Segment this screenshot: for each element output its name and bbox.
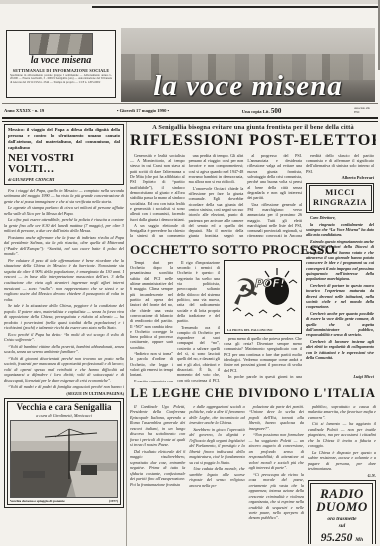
harbor-photo — [10, 420, 118, 498]
paragraph: Dal risultato elettorale del 6 maggio ri… — [130, 449, 185, 487]
senigallia-box-inner: Vecchia e cara Senigallia a cura di Giro… — [7, 401, 121, 505]
paragraph: polazione da parte dei partiti. “Unione … — [249, 404, 304, 431]
occhetto-columns: Tempi duri per Occhetto dopo la pesantis… — [130, 260, 302, 382]
radio-name: RADIO DUOMO — [312, 487, 371, 514]
paragraph: Il Cardinale Ugo Poletti, Presidente del… — [130, 404, 185, 448]
newspaper-front-page: la voce misena SETTIMANALE DI INFORMAZIO… — [0, 0, 380, 546]
radio-name-line2: DUOMO — [312, 500, 371, 514]
paragraph: Cercherò anche per quanto possibile di e… — [306, 311, 374, 338]
paragraph: Ciò si lamenta — ha aggiunto il cardinal… — [308, 421, 376, 448]
micci-letter: Caro Direttore,la ringrazio cordialmente… — [306, 215, 374, 373]
radio-frequency: 95.250 Mh — [312, 531, 371, 544]
price: Una copia Lit. 500 — [242, 107, 282, 115]
paragraph: Cercherò di portare in questo nuovo inca… — [306, 283, 374, 310]
main-subhead: A Senigallia bisogna evitare una giunta … — [130, 124, 376, 131]
riflessioni-signature: Alberto Polverari — [306, 175, 374, 181]
paragraph: L'onorevole Orciari chiede la riflession… — [189, 186, 244, 239]
main-area: A Senigallia bisogna evitare una giunta … — [130, 124, 376, 544]
radio-duomo-box: RADIO DUOMO ora trasmette sul 95.250 Mh — [308, 480, 376, 544]
balloon-pop-cartoon: ☭ POF! — [225, 261, 299, 323]
price-label: Una copia Lit. — [242, 109, 270, 114]
radio-tagline-line2: sul — [312, 523, 371, 529]
radio-frequency-value: 95.250 — [321, 532, 353, 544]
occhetto-under-cartoon: pena meno di quello che poteva perdere. … — [224, 336, 302, 380]
paragraph: Estendo questo ringraziamento anche a tu… — [306, 239, 374, 282]
paragraph: Fra i viaggi del Papa, quello in Messico… — [4, 188, 124, 205]
paragraph: In poche parole in questi giorni in una … — [224, 374, 302, 380]
masthead-box-subtitle: SETTIMANALE DI INFORMAZIONE SOCIALE — [10, 68, 112, 73]
issue-number: Anno XXXIX - n. 19 — [4, 108, 44, 113]
paragraph: pubblico, soprattutto a causa di malavit… — [308, 404, 376, 420]
price-value: 500 — [271, 107, 282, 115]
lead-article-header-box: Messico: il viaggio del Papa a difesa de… — [4, 124, 124, 185]
leghe-columns: Il Cardinale Ugo Poletti, Presidente del… — [130, 404, 376, 544]
scan-artifact-line — [92, 6, 380, 8]
paragraph: La Chiesa è disposta per questo a subire… — [308, 450, 376, 472]
column-rule — [126, 122, 127, 546]
photo-year: (1977) — [109, 499, 118, 503]
paragraph: Una riflessione generale al PSI marchigi… — [247, 202, 302, 239]
micci-box-title: MICCI RINGRAZIA — [309, 185, 372, 211]
paragraph: Per valutare il peso di tale affermazion… — [4, 258, 124, 302]
main-content-row: Generosità e lealtà socialista — A Monte… — [130, 153, 376, 382]
association-note: Associato alla FISC — [354, 107, 376, 114]
paragraph: “Volti di bambini vittime della povertà,… — [4, 344, 124, 355]
lead-article-kicker: Messico: il viaggio del Papa a difesa de… — [8, 127, 120, 151]
occhetto-col1: Tempi duri per Occhetto dopo la pesantis… — [130, 260, 173, 382]
masthead-box: la voce misena SETTIMANALE DI INFORMAZIO… — [6, 30, 116, 98]
paragraph: Caro Direttore, — [306, 215, 374, 220]
issue-date: • Giovedì 17 maggio 1990 • — [117, 108, 169, 113]
paragraph: Sarebbero in gioco l'operosità del gover… — [189, 427, 244, 465]
leghe-col2: e dalle aggregazioni sociali a politiche… — [189, 404, 244, 544]
micci-signature: Luigi Micci — [306, 374, 374, 380]
paragraph: una perdita di tempo. Gli altri pensano … — [189, 153, 244, 185]
radio-name-line1: RADIO — [312, 487, 371, 501]
rule-double — [2, 117, 378, 119]
riflessioni-col3: al progresso del PSI. L'annunciata e des… — [247, 153, 302, 239]
paragraph: Il partito comunista con questo lutto si… — [130, 379, 173, 382]
editorial-cartoon: ☭ POF! — [224, 260, 302, 334]
harbor-crane — [11, 421, 118, 495]
lead-article-title: NEI VOSTRI VOLTI… — [8, 153, 120, 175]
paragraph: “Volti di giovani disorientati perché no… — [4, 356, 124, 384]
paragraph: Se tale è la situazione della Chiesa, pe… — [4, 303, 124, 331]
paragraph: Possiamo anche affermare che la frase di… — [4, 235, 124, 257]
paragraph: Le agenzie di stampa parlano di circa se… — [4, 205, 124, 216]
masthead-box-title: la voce misena — [10, 56, 112, 67]
paragraph: La cifra può essere attendibile, perché … — [4, 217, 124, 234]
senigallia-box-title: Vecchia e cara Senigallia — [10, 403, 118, 412]
radio-duomo-inner: RADIO DUOMO ora trasmette sul 95.250 Mh — [310, 483, 373, 544]
radio-tagline: ora trasmette sul — [312, 516, 371, 529]
occhetto-signature: G.N. — [224, 381, 302, 382]
paragraph: Il rigo d'impostazione secondo i nemici … — [177, 260, 220, 324]
paragraph: Tremendo ora il compito di Occhetto per … — [177, 325, 220, 382]
occhetto-col2: Il rigo d'impostazione secondo i nemici … — [177, 260, 220, 382]
paragraph: A un saggio elettorale di Senigallia è p… — [130, 223, 185, 239]
masthead-fineprint: Spedizione in abbonamento postale gruppo… — [10, 74, 112, 86]
paragraph: Ecco perché il Papa ha detto: “In molti … — [4, 332, 124, 343]
masthead-etching-image — [29, 33, 93, 55]
newspaper-title: la voce misena — [121, 72, 375, 101]
micci-title-line2: RINGRAZIA — [310, 198, 371, 208]
leghe-headline: LE LEGHE CHE DIVIDONO L'ITALIA — [130, 386, 376, 401]
leghe-col3: polazione da parte dei partiti. “Unione … — [249, 404, 304, 544]
paragraph: “Ci preoccupa da vicino la cosa morale d… — [249, 472, 304, 521]
paragraph: Generosità e lealtà socialista — A Monte… — [130, 153, 185, 222]
paragraph: “Volti di madri e di padri di famiglia a… — [4, 384, 124, 389]
right-column: eredità dello sfascio del partito comuni… — [306, 153, 374, 382]
banner-photo: la voce misena — [121, 28, 375, 102]
main-headline: RIFLESSIONI POST-ELETTORALI — [130, 133, 376, 150]
continuation-note: (SEGUE IN ULTIMA PAGINA) — [4, 391, 124, 396]
radio-frequency-unit: Mh — [355, 537, 363, 543]
occhetto-headline: OCCHETTO SOTTO PROCESSO — [130, 242, 302, 258]
leghe-col1: Il Cardinale Ugo Poletti, Presidente del… — [130, 404, 185, 544]
riflessioni-columns: Generosità e lealtà socialista — A Monte… — [130, 153, 302, 239]
senigallia-box-byline: a cura di Girolimetti, Menicucci — [10, 413, 118, 418]
photo-caption-row: Vecchia darsena e spiaggia di ponente (1… — [10, 499, 118, 503]
rule — [2, 103, 378, 104]
paragraph: eredità dello sfascio del partito comuni… — [306, 153, 374, 174]
riflessioni-col4: eredità dello sfascio del partito comuni… — [306, 153, 374, 174]
cartoon-column: ☭ POF! — [224, 260, 302, 382]
rule-double-thin — [2, 121, 378, 122]
left-column: Messico: il viaggio del Papa a difesa de… — [4, 124, 124, 544]
pof-sfx: POF! — [255, 277, 285, 290]
dateline: Anno XXXIX - n. 19 • Giovedì 17 maggio 1… — [4, 105, 376, 116]
paragraph: la ringrazio cordialmente del sostegno c… — [306, 222, 374, 238]
paragraph: Cercherò di lavorare insieme agli altri … — [306, 339, 374, 361]
leghe-col4-text: pubblico, soprattutto a causa di malavit… — [308, 404, 376, 472]
leghe-signature: G.N. — [308, 473, 376, 479]
paragraph: pena meno di quello che poteva perdere. … — [224, 336, 302, 373]
leghe-col4: pubblico, soprattutto a causa di malavit… — [308, 404, 376, 544]
cartoon-caption: LA PROVA DEL PALLONCINO — [227, 328, 273, 332]
scan-artifact-top — [0, 0, 380, 4]
lead-article-body: Fra i viaggi del Papa, quello in Messico… — [4, 188, 124, 390]
paragraph: e dalle aggregazioni sociali a politiche… — [189, 404, 244, 426]
paragraph: al progresso del PSI. L'annunciata e des… — [247, 153, 302, 201]
senigallia-box: Vecchia e cara Senigallia a cura di Giro… — [4, 398, 124, 508]
photo-caption: Vecchia darsena e spiaggia di ponente — [10, 499, 65, 503]
main-left-columns: Generosità e lealtà socialista — A Monte… — [130, 153, 302, 382]
riflessioni-col1: Generosità e lealtà socialista — A Monte… — [130, 153, 185, 239]
paragraph: Una caduta della morale, che sarebbe leg… — [189, 466, 244, 488]
micci-box: MICCI RINGRAZIA — [306, 183, 374, 214]
paragraph: Tempi duri per Occhetto dopo la pesantis… — [130, 260, 173, 350]
paragraph: “Indietro non si torna” la parola d'ordi… — [130, 351, 173, 378]
lead-article-byline: di GIUSEPPE CIONCHI — [8, 177, 120, 182]
paragraph: “Non possiamo non formulare — ha soggiun… — [249, 432, 304, 470]
riflessioni-col2: una perdita di tempo. Gli altri pensano … — [189, 153, 244, 239]
